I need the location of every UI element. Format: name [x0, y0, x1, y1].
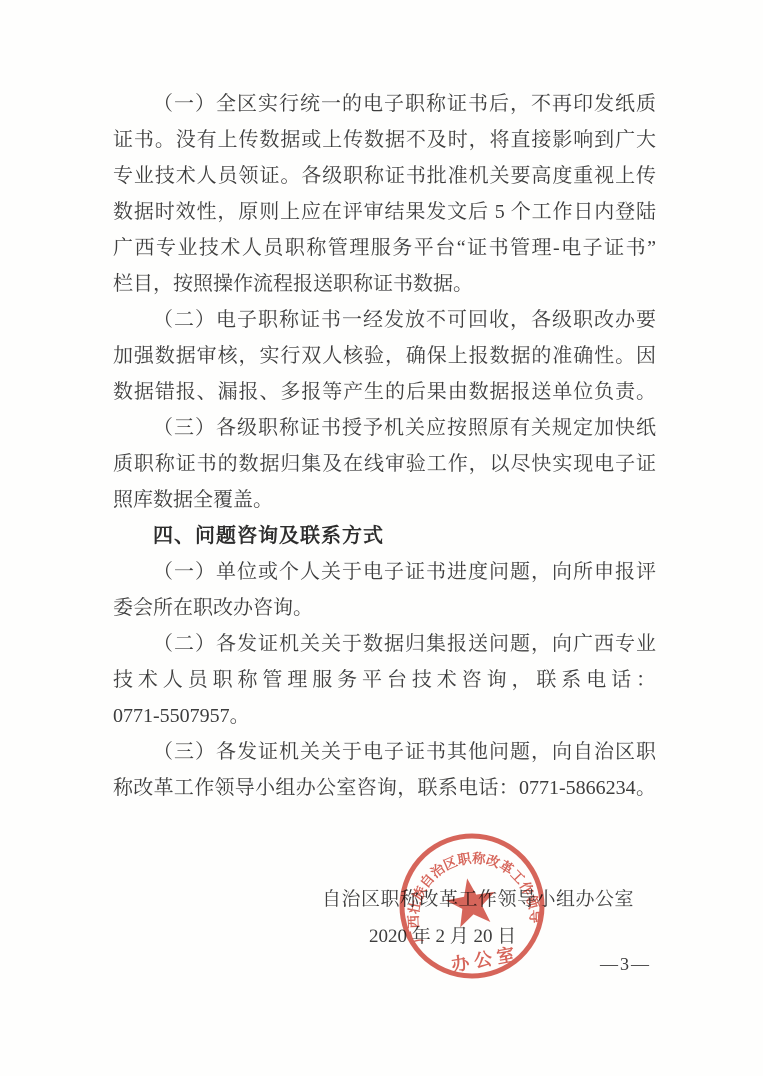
body-line: 栏目，按照操作流程报送职称证书数据。: [113, 266, 656, 302]
body-line: （一）单位或个人关于电子证书进度问题，向所申报评: [113, 554, 656, 590]
body-line: 质职称证书的数据归集及在线审验工作，以尽快实现电子证: [113, 446, 656, 482]
body-line: 0771-5507957。: [113, 698, 656, 734]
body-line: （三）各级职称证书授予机关应按照原有关规定加快纸: [113, 410, 656, 446]
body-line: 照库数据全覆盖。: [113, 482, 656, 518]
body-line: 专业技术人员领证。各级职称证书批准机关要高度重视上传: [113, 158, 656, 194]
body-line: 加强数据审核，实行双人核验，确保上报数据的准确性。因: [113, 338, 656, 374]
body-line: 委会所在职改办咨询。: [113, 590, 656, 626]
body-line: （二）各发证机关关于数据归集报送问题，向广西专业: [113, 626, 656, 662]
body-line: 广西专业技术人员职称管理服务平台“证书管理-电子证书”: [113, 230, 656, 266]
body-line: （三）各发证机关关于电子证书其他问题，向自治区职: [113, 734, 656, 770]
page-number: —3—: [600, 954, 651, 975]
body-line: 数据错报、漏报、多报等产生的后果由数据报送单位负责。: [113, 374, 656, 410]
document-body: （一）全区实行统一的电子职称证书后，不再印发纸质 证书。没有上传数据或上传数据不…: [113, 86, 656, 806]
body-line: 数据时效性，原则上应在评审结果发文后 5 个工作日内登陆: [113, 194, 656, 230]
seal-office-text: 办公室: [450, 943, 522, 976]
body-line: 称改革工作领导小组办公室咨询，联系电话：0771-5866234。: [113, 770, 656, 806]
official-seal: 广西壮族自治区职称改革工作领导小组 办公室: [379, 813, 564, 998]
document-page: （一）全区实行统一的电子职称证书后，不再印发纸质 证书。没有上传数据或上传数据不…: [0, 0, 763, 1076]
body-line: 证书。没有上传数据或上传数据不及时，将直接影响到广大: [113, 122, 656, 158]
body-line: 技术人员职称管理服务平台技术咨询，联系电话：: [113, 662, 656, 698]
seal-graphic: 广西壮族自治区职称改革工作领导小组 办公室: [379, 813, 564, 998]
star-icon: [443, 874, 500, 929]
body-line: （一）全区实行统一的电子职称证书后，不再印发纸质: [113, 86, 656, 122]
body-line: （二）电子职称证书一经发放不可回收，各级职改办要: [113, 302, 656, 338]
section-heading: 四、问题咨询及联系方式: [113, 518, 656, 554]
